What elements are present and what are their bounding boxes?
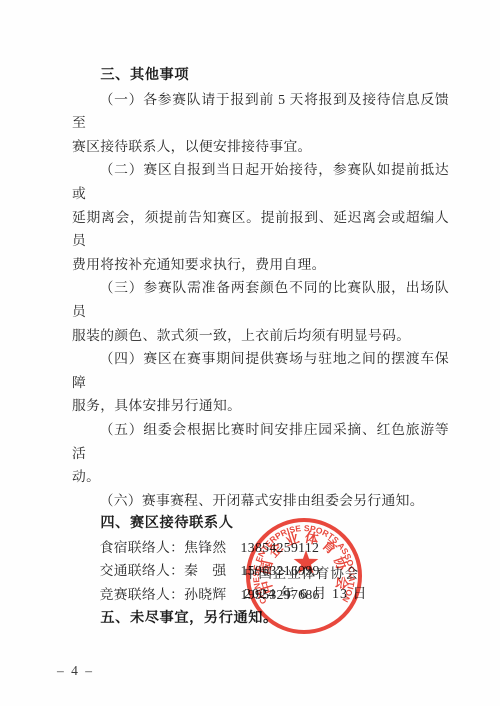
page-number: – 4 – (57, 663, 94, 679)
item4-line1: （四）赛区在赛事期间提供赛场与驻地之间的摆渡车保障 (72, 347, 449, 394)
official-seal: CHINESE ENTERPRISE SPORTS ASSOCIATION 中国… (244, 516, 364, 636)
item2-line2: 延期离会，须提前告知赛区。提前报到、延迟离会或超编人员 (72, 206, 449, 253)
document-page: 三、其他事项 （一）各参赛队请于报到前 5 天将报到及接待信息反馈至 赛区接待联… (0, 0, 500, 706)
seal-ring (248, 520, 360, 632)
item2-line3: 费用将按补充通知要求执行，费用自理。 (72, 253, 449, 277)
item1-line1: （一）各参赛队请于报到前 5 天将报到及接待信息反馈至 (72, 88, 449, 135)
item5-line1: （五）组委会根据比赛时间安排庄园采摘、红色旅游等活 (72, 418, 449, 465)
item1-line2: 赛区接待联系人，以便安排接待事宜。 (72, 135, 449, 159)
item4-line2: 服务，具体安排另行通知。 (72, 394, 449, 418)
heading-other-matters: 三、其他事项 (72, 64, 449, 88)
item6-line: （六）赛事赛程、开闭幕式安排由组委会另行通知。 (72, 489, 449, 513)
item2-line1: （二）赛区自报到当日起开始接待，参赛队如提前抵达或 (72, 158, 449, 205)
item3-line2: 服装的颜色、款式须一致，上衣前后均须有明显号码。 (72, 324, 449, 348)
seal-star-icon (294, 550, 319, 574)
item5-line2: 动。 (72, 465, 449, 489)
item3-line1: （三）参赛队需准备两套颜色不同的比赛队服，出场队员 (72, 276, 449, 323)
